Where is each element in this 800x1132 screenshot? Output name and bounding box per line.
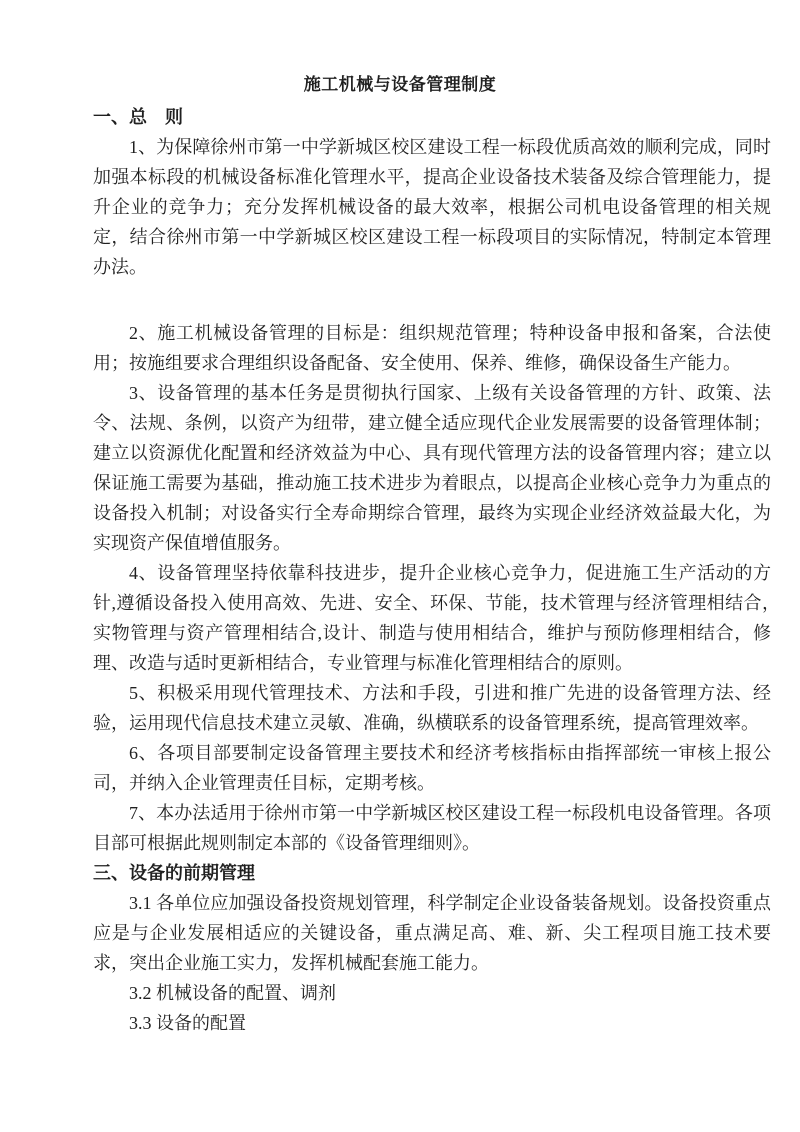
section-heading: 三、设备的前期管理 [93,858,771,888]
paragraph: 3.1 各单位应加强设备投资规划管理，科学制定企业设备装备规划。设备投资重点应是… [93,888,771,978]
section-heading: 一、总 则 [93,102,771,132]
document-page: { "document": { "title": "施工机械与设备管理制度", … [0,0,800,1132]
paragraph: 4、设备管理坚持依靠科技进步，提升企业核心竞争力，促进施工生产活动的方针,遵循设… [93,558,771,678]
paragraph: 5、积极采用现代管理技术、方法和手段，引进和推广先进的设备管理方法、经验，运用现… [93,678,771,738]
document-body: 一、总 则1、为保障徐州市第一中学新城区校区建设工程一标段优质高效的顺利完成，同… [93,102,771,1038]
document-title: 施工机械与设备管理制度 [0,72,800,98]
paragraph: 3、设备管理的基本任务是贯彻执行国家、上级有关设备管理的方针、政策、法令、法规、… [93,378,771,558]
page: 施工机械与设备管理制度 一、总 则1、为保障徐州市第一中学新城区校区建设工程一标… [0,0,800,1132]
paragraph: 2、施工机械设备管理的目标是：组织规范管理；特种设备申报和备案，合法使用；按施组… [93,318,771,378]
paragraph: 6、各项目部要制定设备管理主要技术和经济考核指标由指挥部统一审核上报公司，并纳入… [93,738,771,798]
blank-line [93,282,771,318]
paragraph: 3.3 设备的配置 [93,1008,771,1038]
paragraph: 7、本办法适用于徐州市第一中学新城区校区建设工程一标段机电设备管理。各项目部可根… [93,798,771,858]
paragraph: 1、为保障徐州市第一中学新城区校区建设工程一标段优质高效的顺利完成，同时加强本标… [93,132,771,282]
paragraph: 3.2 机械设备的配置、调剂 [93,978,771,1008]
